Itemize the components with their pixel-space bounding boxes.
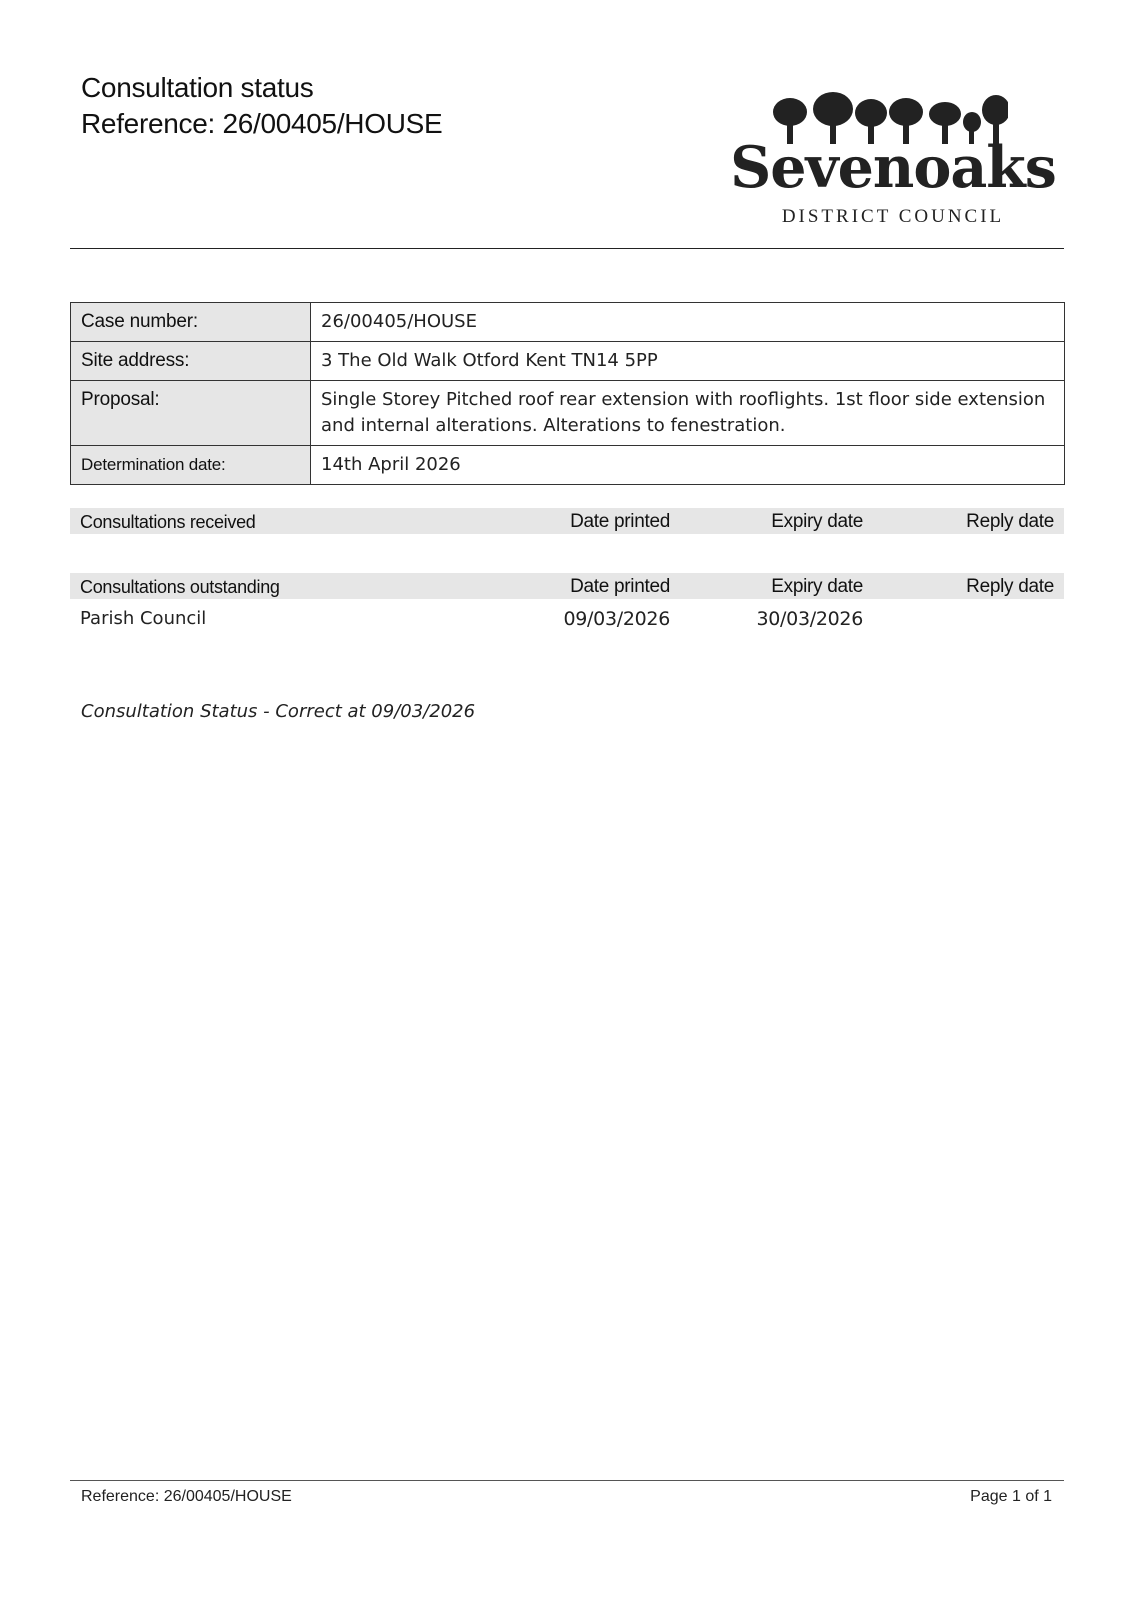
case-details-table: Case number: 26/00405/HOUSE Site address… (70, 302, 1065, 485)
consultations-outstanding-header: Consultations outstanding Date printed E… (70, 573, 1064, 599)
footer-reference: Reference: 26/00405/HOUSE (81, 1488, 292, 1506)
column-header-expiry-date: Expiry date (771, 508, 863, 536)
consultee-name: Parish Council (80, 599, 206, 639)
column-header-reply-date: Reply date (966, 573, 1054, 601)
footer-page-number: Page 1 of 1 (970, 1488, 1052, 1506)
footer-divider (70, 1480, 1064, 1481)
logo-wordmark: Sevenoaks (728, 136, 1058, 200)
determination-date-label: Determination date: (71, 446, 311, 485)
proposal-value: Single Storey Pitched roof rear extensio… (311, 381, 1065, 446)
column-header-expiry-date: Expiry date (771, 573, 863, 601)
title-line-1: Consultation status (81, 70, 442, 106)
site-address-label: Site address: (71, 342, 311, 381)
consultations-received-header: Consultations received Date printed Expi… (70, 508, 1064, 534)
table-row: Determination date: 14th April 2026 (71, 446, 1065, 485)
logo-subtitle: DISTRICT COUNCIL (728, 206, 1058, 228)
council-logo: Sevenoaks DISTRICT COUNCIL (728, 88, 1058, 238)
section-heading: Consultations outstanding (80, 573, 280, 601)
section-heading: Consultations received (80, 508, 256, 536)
consultations-received-section: Consultations received Date printed Expi… (70, 508, 1064, 534)
document-title: Consultation status Reference: 26/00405/… (81, 70, 442, 142)
expiry-date: 30/03/2026 (756, 599, 863, 639)
table-row: Site address: 3 The Old Walk Otford Kent… (71, 342, 1065, 381)
site-address-value: 3 The Old Walk Otford Kent TN14 5PP (311, 342, 1065, 381)
case-number-value: 26/00405/HOUSE (311, 303, 1065, 342)
column-header-date-printed: Date printed (570, 508, 670, 536)
column-header-reply-date: Reply date (966, 508, 1054, 536)
consultations-outstanding-section: Consultations outstanding Date printed E… (70, 573, 1064, 639)
title-line-2: Reference: 26/00405/HOUSE (81, 106, 442, 142)
determination-date-value: 14th April 2026 (311, 446, 1065, 485)
header-divider (70, 248, 1064, 249)
column-header-date-printed: Date printed (570, 573, 670, 601)
table-row: Case number: 26/00405/HOUSE (71, 303, 1065, 342)
case-number-label: Case number: (71, 303, 311, 342)
table-row: Proposal: Single Storey Pitched roof rea… (71, 381, 1065, 446)
status-note: Consultation Status - Correct at 09/03/2… (81, 701, 475, 722)
date-printed: 09/03/2026 (563, 599, 670, 639)
proposal-label: Proposal: (71, 381, 311, 446)
list-item: Parish Council 09/03/2026 30/03/2026 (70, 599, 1064, 639)
